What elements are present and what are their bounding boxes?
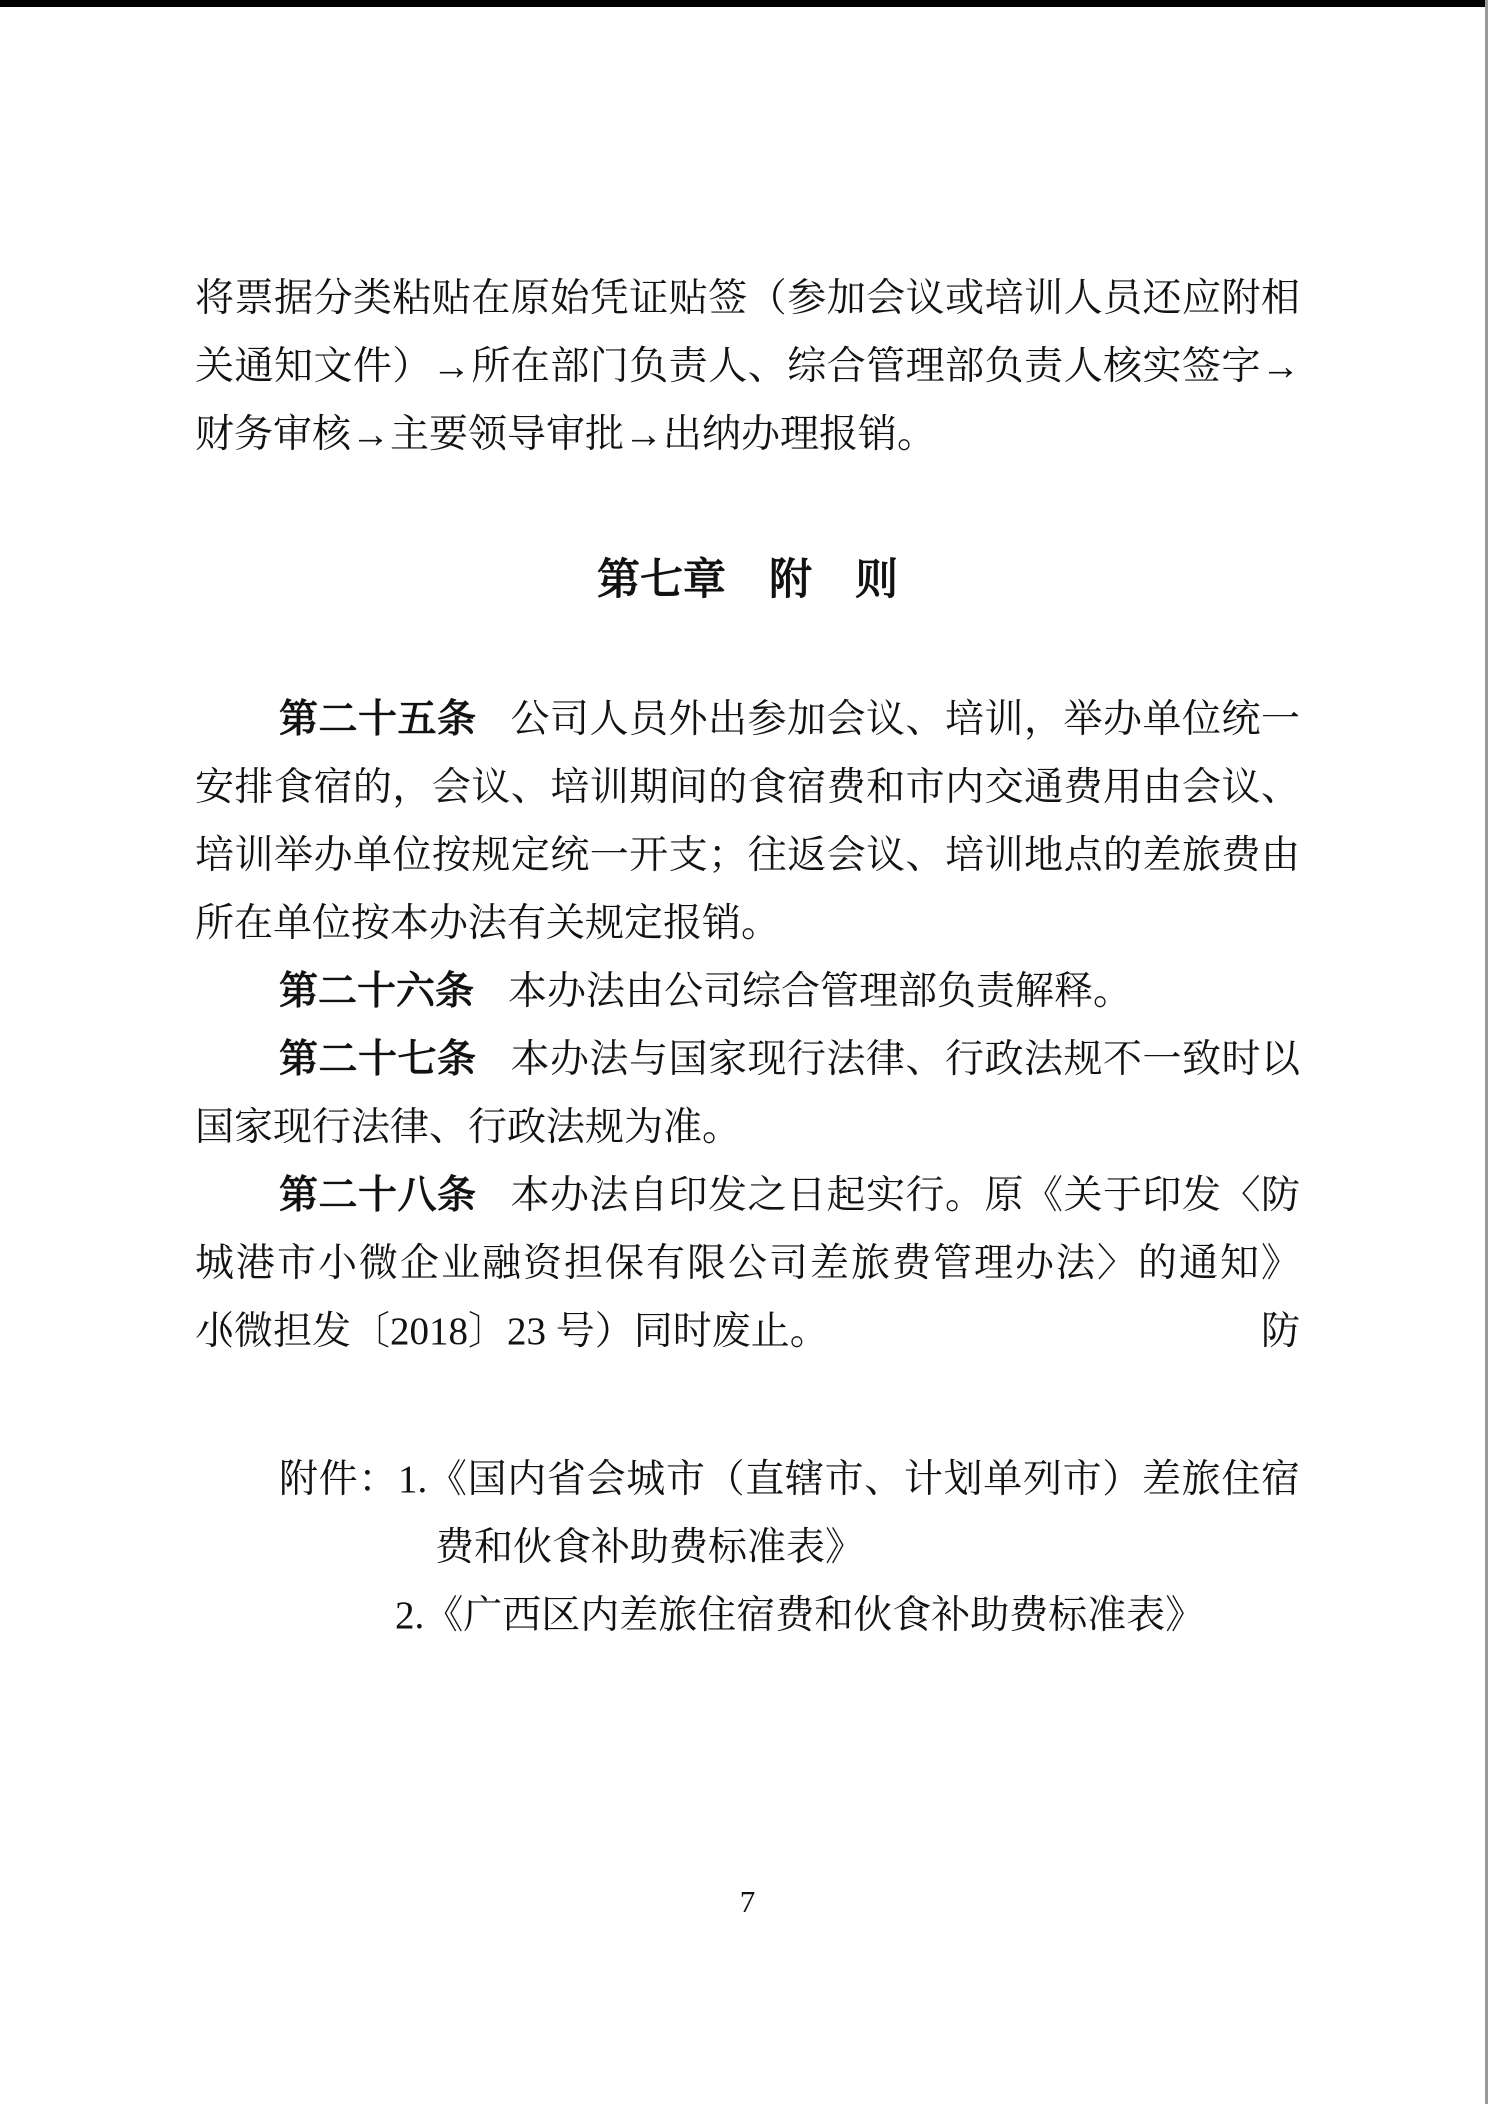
article-25-line-1: 第二十五条公司人员外出参加会议、培训，举办单位统一: [195, 686, 1300, 754]
article-26-number: 第二十六条: [279, 970, 474, 1013]
attachment-list-line-2: 费和伙食补助费标准表》: [195, 1514, 1300, 1582]
flow-paragraph-line-1: 将票据分类粘贴在原始凭证贴签（参加会议或培训人员还应附相: [195, 265, 1300, 333]
vertical-gap: [195, 1366, 1300, 1446]
article-25-line-4: 所在单位按本办法有关规定报销。: [195, 890, 1300, 958]
vertical-gap: [195, 1650, 1300, 1880]
document-page: 将票据分类粘贴在原始凭证贴签（参加会议或培训人员还应附相 关通知文件）→所在部门…: [0, 0, 1488, 2104]
article-28-line-1: 第二十八条本办法自印发之日起实行。原《关于印发〈防: [195, 1162, 1300, 1230]
article-28-line-2: 城港市小微企业融资担保有限公司差旅费管理办法〉的通知》（防: [195, 1230, 1300, 1298]
flow-paragraph-line-3: 财务审核→主要领导审批→出纳办理报销。: [195, 401, 1300, 469]
article-25-line-2: 安排食宿的，会议、培训期间的食宿费和市内交通费用由会议、: [195, 754, 1300, 822]
vertical-gap: [195, 614, 1300, 686]
flow-paragraph-line-2: 关通知文件）→所在部门负责人、综合管理部负责人核实签字→: [195, 333, 1300, 401]
vertical-gap: [195, 469, 1300, 546]
attachment-list-line-1: 附件：1.《国内省会城市（直辖市、计划单列市）差旅住宿: [195, 1446, 1300, 1514]
article-27-number: 第二十七条: [279, 1038, 477, 1081]
article-28-number: 第二十八条: [279, 1174, 477, 1217]
article-25-text-1: 公司人员外出参加会议、培训，举办单位统一: [511, 698, 1300, 741]
article-27-text-1: 本办法与国家现行法律、行政法规不一致时以: [511, 1038, 1300, 1081]
attachment-list-line-3: 2.《广西区内差旅住宿费和伙食补助费标准表》: [195, 1582, 1300, 1650]
text-block: 将票据分类粘贴在原始凭证贴签（参加会议或培训人员还应附相 关通知文件）→所在部门…: [195, 0, 1300, 1924]
chapter-heading: 第七章 附 则: [195, 546, 1300, 614]
article-27-line-2: 国家现行法律、行政法规为准。: [195, 1094, 1300, 1162]
article-26-text-1: 本办法由公司综合管理部负责解释。: [508, 970, 1132, 1013]
article-28-text-1: 本办法自印发之日起实行。原《关于印发〈防: [511, 1174, 1300, 1217]
page-number: 7: [195, 1880, 1300, 1924]
article-25-number: 第二十五条: [279, 698, 477, 741]
article-27-line-1: 第二十七条本办法与国家现行法律、行政法规不一致时以: [195, 1026, 1300, 1094]
article-26-line-1: 第二十六条本办法由公司综合管理部负责解释。: [195, 958, 1300, 1026]
article-25-line-3: 培训举办单位按规定统一开支；往返会议、培训地点的差旅费由: [195, 822, 1300, 890]
